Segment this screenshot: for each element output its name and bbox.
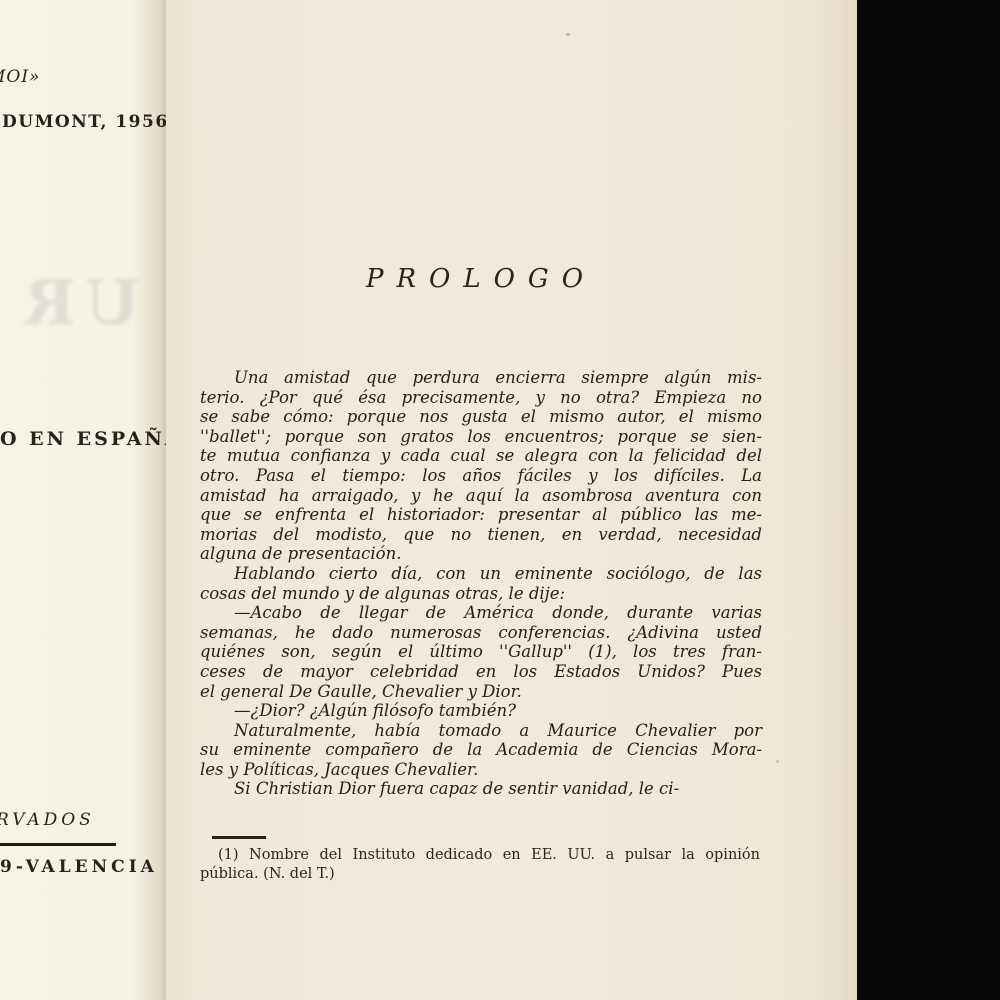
text-line: se sabe cómo: porque nos gusta el mismo … [200, 407, 762, 427]
footnote: (1) Nombre del Instituto dedicado en EE.… [200, 846, 760, 883]
left-page-imprint-fragment: DUMONT, 1956 [2, 112, 169, 132]
paper-speck [776, 760, 779, 763]
text-block: PROLOGO Una amistad que perdura encierra… [200, 0, 762, 1000]
text-line: les y Políticas, Jacques Chevalier. [200, 760, 762, 780]
text-line: que se enfrenta el historiador: presenta… [200, 505, 762, 525]
text-line: su eminente compañero de la Academia de … [200, 740, 762, 760]
text-line: —Acabo de llegar de América donde, duran… [200, 603, 762, 623]
text-line: semanas, he dado numerosas conferencias.… [200, 623, 762, 643]
text-line: otro. Pasa el tiempo: los años fáciles y… [200, 466, 762, 486]
text-line: Hablando cierto día, con un eminente soc… [200, 564, 762, 584]
text-line: (1) Nombre del Instituto dedicado en EE.… [200, 846, 760, 865]
text-line: pública. (N. del T.) [200, 865, 760, 884]
text-line: te mutua confianza y cada cual se alegra… [200, 446, 762, 466]
left-page-address-fragment: 9-VALENCIA [0, 857, 158, 877]
body-text: Una amistad que perdura encierra siempre… [200, 368, 762, 799]
left-page-divider-rule [0, 843, 116, 846]
left-page-title-fragment: MOI» [0, 67, 40, 87]
right-page: PROLOGO Una amistad que perdura encierra… [166, 0, 857, 1000]
footnote-rule [212, 836, 266, 839]
book-scan: { "colors": { "paper": "#f0ead9", "paper… [0, 0, 1000, 1000]
page-title: PROLOGO [200, 264, 762, 294]
left-page: UR MOI» DUMONT, 1956 O EN ESPAÑA RVADOS … [0, 0, 166, 1000]
text-line: ceses de mayor celebridad en los Estados… [200, 662, 762, 682]
text-line: quiénes son, según el último ''Gallup'' … [200, 642, 762, 662]
text-line: alguna de presentación. [200, 544, 762, 564]
text-line: ''ballet''; porque son gratos los encuen… [200, 427, 762, 447]
text-line: morias del modisto, que no tienen, en ve… [200, 525, 762, 545]
text-line: amistad ha arraigado, y he aquí la asomb… [200, 486, 762, 506]
text-line: Naturalmente, había tomado a Maurice Che… [200, 721, 762, 741]
ghost-showthrough-text: UR [0, 266, 140, 339]
text-line: cosas del mundo y de algunas otras, le d… [200, 584, 762, 604]
text-line: terio. ¿Por qué ésa precisamente, y no o… [200, 388, 762, 408]
text-line: —¿Dior? ¿Algún filósofo también? [200, 701, 762, 721]
text-line: el general De Gaulle, Chevalier y Dior. [200, 682, 762, 702]
left-page-rights-fragment: RVADOS [0, 810, 95, 830]
left-page-printed-in-fragment: O EN ESPAÑA [0, 428, 183, 450]
text-line: Si Christian Dior fuera capaz de sentir … [200, 779, 762, 799]
text-line: Una amistad que perdura encierra siempre… [200, 368, 762, 388]
